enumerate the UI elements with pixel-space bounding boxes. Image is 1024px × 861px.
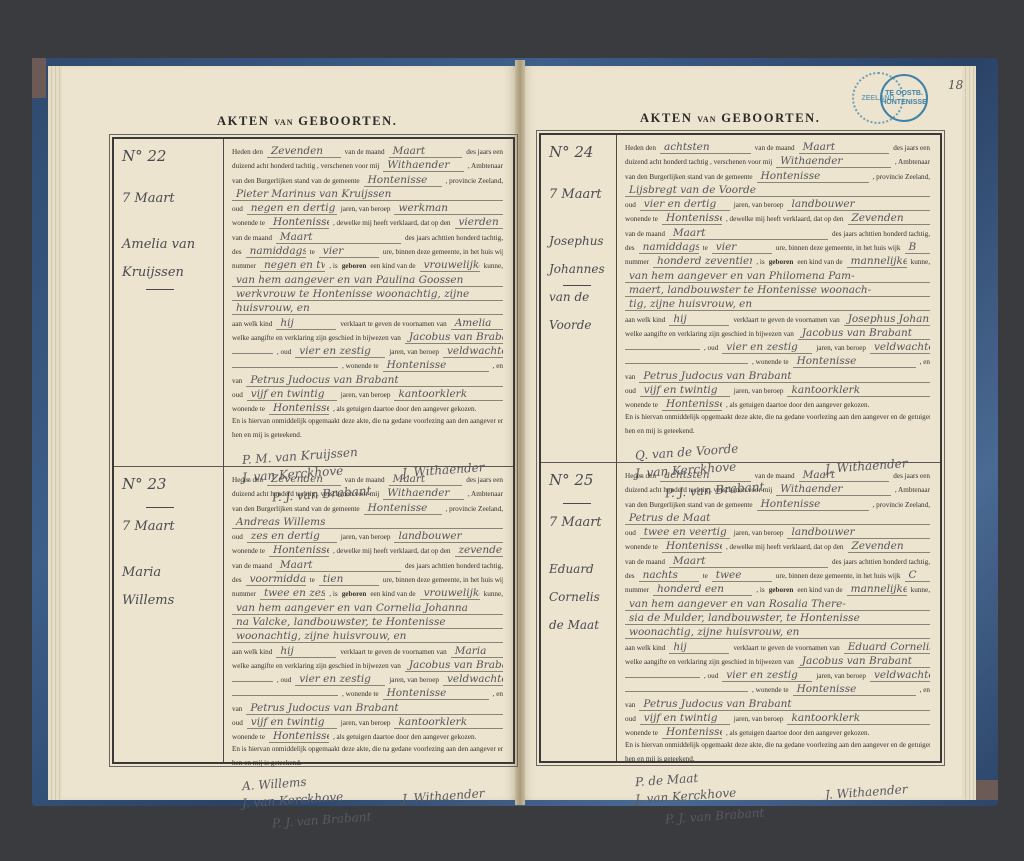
printed-label: duizend acht honderd tachtig , verschene…	[232, 490, 379, 498]
printed-label: geboren	[342, 262, 367, 270]
printed-label: aan welk kind	[232, 320, 272, 328]
handwritten-field: werkman	[394, 202, 503, 215]
handwritten-field: honderd een	[653, 583, 752, 596]
printed-label: des jaars een	[893, 472, 930, 480]
handwritten-field: hij	[669, 313, 729, 326]
signature: P. de Maat	[635, 771, 699, 789]
printed-label: des	[625, 572, 635, 580]
printed-label: van den Burgerlijken stand van de gemeen…	[625, 501, 753, 509]
form-line: aan welk kindhijverklaart te geven de vo…	[232, 645, 503, 659]
printed-label: van den Burgerlijken stand van de gemeen…	[232, 505, 360, 513]
printed-label: wonende te	[625, 543, 658, 551]
handwritten-field: twee en zestig	[260, 587, 325, 600]
printed-label: , wonende te	[342, 690, 379, 698]
form-line: van de maandMaartdes jaars achttien hond…	[625, 555, 930, 569]
handwritten-field: Withaender	[383, 487, 464, 500]
printed-label: oud	[625, 529, 636, 537]
handwritten-field: vier en dertig	[640, 198, 730, 211]
form-line: welke aangifte en verklaring zijn geschi…	[232, 331, 503, 345]
printed-label: nummer	[232, 590, 256, 598]
handwritten-field	[232, 367, 338, 368]
printed-label: , Ambtenaar	[895, 158, 930, 166]
printed-label: jaren, van beroep	[816, 344, 866, 352]
form-line: van de maandMaartdes jaars achttien hond…	[232, 559, 503, 573]
handwritten-field: veldwachter	[443, 673, 503, 686]
handwritten-field: Hontenisse	[662, 212, 722, 225]
signatures: P. de Maat J. van Kerckhove P. J. van Br…	[625, 773, 930, 853]
printed-label: van de maand	[625, 230, 665, 238]
printed-label: wonende te	[232, 733, 265, 741]
record-number: N° 22	[122, 147, 166, 165]
handwritten-field: Maart	[389, 473, 463, 486]
form-line: En is hiervan onmiddelijk opgemaakt deze…	[232, 745, 503, 759]
handwritten-field: twee	[712, 569, 772, 582]
printed-label: kunne,	[911, 586, 930, 594]
handwritten-field: kantoorklerk	[394, 716, 503, 729]
form-line: duizend acht honderd tachtig , verschene…	[232, 487, 503, 501]
form-line: , oudvier en zestigjaren, van beroepveld…	[625, 669, 930, 683]
printed-label: , is	[329, 590, 337, 598]
handwritten-field: kantoorklerk	[787, 384, 930, 397]
form-line: van den Burgerlijken stand van de gemeen…	[232, 174, 503, 188]
printed-label: wonende te	[232, 219, 265, 227]
record-child-name: Josephus Johannes van de Voorde	[549, 227, 615, 339]
handwritten-field	[625, 363, 748, 364]
printed-label: geboren	[769, 258, 794, 266]
printed-label: hen en mij is geteekend.	[232, 759, 302, 767]
printed-label: , oud	[277, 676, 291, 684]
form-line: , wonende teHontenisse, en	[232, 359, 503, 373]
printed-label: van de maand	[232, 562, 272, 570]
form-line: nummerhonderd zeventien, isgeboreneen ki…	[625, 255, 930, 269]
printed-label: van	[625, 701, 635, 709]
form-line: tig, zijne huisvrouw, en	[625, 298, 930, 312]
handwritten-field: Hontenisse	[269, 402, 329, 415]
printed-label: oud	[232, 205, 243, 213]
handwritten-field: twee en veertig	[640, 526, 730, 539]
handwritten-field: landbouwer	[394, 530, 503, 543]
handwritten-field: Maart	[799, 469, 890, 482]
handwritten-field: achtsten	[660, 141, 751, 154]
form-line: van den Burgerlijken stand van de gemeen…	[232, 502, 503, 516]
handwritten-field: Petrus Judocus van Brabant	[246, 702, 503, 715]
form-line: nummernegen en twintig, isgeboreneen kin…	[232, 259, 503, 273]
form-line: van hem aangever en van Cornelia Johanna	[232, 602, 503, 616]
handwritten-field: Withaender	[776, 155, 891, 168]
printed-label: ure, binnen deze gemeente, in het huis w…	[776, 572, 901, 580]
handwritten-field: C	[905, 569, 930, 582]
handwritten-field	[232, 681, 273, 682]
printed-label: , provincie Zeeland,	[446, 177, 503, 185]
printed-label: jaren, van beroep	[341, 391, 391, 399]
printed-label: jaren, van beroep	[816, 672, 866, 680]
record-margin: N° 24 7 Maart Josephus Johannes van de V…	[541, 135, 617, 462]
register-frame-left: N° 22 7 Maart Amelia van Kruijssen Heden…	[112, 137, 515, 764]
printed-label: , provincie Zeeland,	[873, 173, 930, 181]
printed-label: , provincie Zeeland,	[873, 501, 930, 509]
printed-label: wonende te	[625, 215, 658, 223]
record-number: N° 25	[549, 471, 593, 489]
record-date: 7 Maart	[549, 187, 602, 202]
printed-label: jaren, van beroep	[734, 529, 784, 537]
printed-label: , provincie Zeeland,	[446, 505, 503, 513]
printed-label: jaren, van beroep	[389, 348, 439, 356]
form-line: werkvrouw te Hontenisse woonachtig, zijn…	[232, 288, 503, 302]
signature: J. Withaender	[825, 782, 908, 802]
form-line: van hem aangever en van Rosalia There-	[625, 598, 930, 612]
form-line: desnachtstetweeure, binnen deze gemeente…	[625, 569, 930, 583]
handwritten-field: Hontenisse	[269, 544, 329, 557]
handwritten-field: vier en zestig	[295, 345, 385, 358]
handwritten-field: Jacobus van Brabant	[405, 331, 503, 344]
handwritten-field: vier	[712, 241, 772, 254]
handwritten-field: mannelijke	[847, 255, 907, 268]
form-line: wonende teHontenisse, dewelke mij heeft …	[232, 216, 503, 230]
handwritten-field: vijf en twintig	[640, 712, 730, 725]
birth-record: N° 22 7 Maart Amelia van Kruijssen Heden…	[114, 139, 513, 467]
record-body: Heden denZevendenvan de maandMaartdes ja…	[232, 473, 503, 758]
handwritten-field: tig, zijne huisvrouw, en	[625, 298, 930, 311]
form-line: van de maandMaartdes jaars achttien hond…	[625, 227, 930, 241]
printed-label: des jaars een	[466, 148, 503, 156]
handwritten-field	[625, 677, 700, 678]
handwritten-field: Withaender	[776, 483, 891, 496]
record-date: 7 Maart	[122, 191, 175, 206]
handwritten-field: vier en zestig	[295, 673, 385, 686]
handwritten-field: Zevenden	[267, 473, 341, 486]
handwritten-field: Maart	[276, 559, 401, 572]
form-line: vanPetrus Judocus van Brabant	[232, 374, 503, 388]
margin-rule	[563, 285, 591, 286]
handwritten-field: Maart	[276, 231, 401, 244]
handwritten-field: Hontenisse	[364, 174, 442, 187]
form-line: oudzes en dertigjaren, van beroeplandbou…	[232, 530, 503, 544]
printed-label: wonende te	[232, 547, 265, 555]
handwritten-field: Maart	[669, 227, 828, 240]
handwritten-field	[232, 353, 273, 354]
printed-label: jaren, van beroep	[341, 205, 391, 213]
signature: P. J. van Brabant	[665, 806, 765, 827]
form-line: wonende teHontenisse, dewelke mij heeft …	[625, 212, 930, 226]
form-line: van hem aangever en van Philomena Pam-	[625, 270, 930, 284]
book-gutter	[515, 60, 525, 805]
printed-label: , als getuigen daartoe door den aangever…	[333, 733, 477, 741]
printed-label: ure, binnen deze gemeente, in het huis w…	[776, 244, 901, 252]
printed-label: , en	[920, 358, 930, 366]
handwritten-field	[625, 691, 748, 692]
signature: J. van Kerckhove	[242, 790, 344, 811]
record-margin: N° 22 7 Maart Amelia van Kruijssen	[114, 139, 224, 466]
printed-label: welke aangifte en verklaring zijn geschi…	[232, 662, 401, 670]
printed-label: des	[625, 244, 635, 252]
printed-label: duizend acht honderd tachtig , verschene…	[625, 486, 772, 494]
handwritten-field: Hontenisse	[757, 170, 869, 183]
handwritten-field: Jacobus van Brabant	[798, 327, 930, 340]
form-line: En is hiervan onmiddelijk opgemaakt deze…	[625, 741, 930, 755]
handwritten-field: achtsten	[660, 469, 751, 482]
form-line: welke aangifte en verklaring zijn geschi…	[232, 659, 503, 673]
record-body: Heden denZevendenvan de maandMaartdes ja…	[232, 145, 503, 462]
handwritten-field: Hontenisse	[662, 726, 722, 739]
printed-label: oud	[625, 387, 636, 395]
handwritten-field: Jacobus van Brabant	[405, 659, 503, 672]
form-line: wonende teHontenisse, dewelke mij heeft …	[232, 544, 503, 558]
birth-record: N° 23 7 Maart Maria Willems Heden denZev…	[114, 467, 513, 762]
printed-label: kunne,	[484, 590, 503, 598]
form-line: nummerhonderd een, isgeboreneen kind van…	[625, 583, 930, 597]
printed-label: van	[232, 705, 242, 713]
printed-label: van de maand	[345, 148, 385, 156]
record-margin: N° 23 7 Maart Maria Willems	[114, 467, 224, 762]
printed-label: kunne,	[484, 262, 503, 270]
printed-label: een kind van de	[797, 258, 842, 266]
handwritten-field: Petrus Judocus van Brabant	[639, 698, 930, 711]
printed-label: te	[310, 576, 315, 584]
handwritten-field: Maart	[799, 141, 890, 154]
handwritten-field: Hontenisse	[383, 359, 489, 372]
form-line: vanPetrus Judocus van Brabant	[625, 698, 930, 712]
printed-label: oud	[232, 391, 243, 399]
printed-label: een kind van de	[370, 262, 415, 270]
printed-label: En is hiervan onmiddelijk opgemaakt deze…	[625, 413, 930, 421]
form-line: wonende teHontenisse, als getuigen daart…	[232, 402, 503, 416]
form-line: woonachtig, zijne huisvrouw, en	[232, 630, 503, 644]
handwritten-field: Maart	[389, 145, 463, 158]
form-line: Pieter Marinus van Kruijssen	[232, 188, 503, 202]
printed-label: aan welk kind	[625, 644, 665, 652]
handwritten-field: vierden	[455, 216, 504, 229]
printed-label: ure, binnen deze gemeente, in het huis w…	[383, 248, 503, 256]
printed-label: wonende te	[625, 401, 658, 409]
form-line: hen en mij is geteekend.	[232, 759, 503, 773]
printed-label: , dewelke mij heeft verklaard, dat op de…	[333, 547, 451, 555]
form-line: Heden denachtstenvan de maandMaartdes ja…	[625, 141, 930, 155]
form-line: van den Burgerlijken stand van de gemeen…	[625, 498, 930, 512]
form-line: van hem aangever en van Paulina Goossen	[232, 274, 503, 288]
handwritten-field: Andreas Willems	[232, 516, 503, 529]
handwritten-field: Petrus Judocus van Brabant	[639, 370, 930, 383]
printed-label: nummer	[232, 262, 256, 270]
handwritten-field: vrouwelijke	[420, 259, 480, 272]
form-line: wonende teHontenisse, dewelke mij heeft …	[625, 540, 930, 554]
handwritten-field: nachts	[639, 569, 699, 582]
form-line: oudvijf en twintigjaren, van beroepkanto…	[625, 384, 930, 398]
handwritten-field: Hontenisse	[269, 216, 329, 229]
printed-label: nummer	[625, 586, 649, 594]
printed-label: En is hiervan onmiddelijk opgemaakt deze…	[232, 417, 503, 425]
printed-label: jaren, van beroep	[341, 533, 391, 541]
printed-label: een kind van de	[370, 590, 415, 598]
printed-label: van	[232, 377, 242, 385]
printed-label: , en	[920, 686, 930, 694]
printed-label: jaren, van beroep	[734, 387, 784, 395]
form-line: vanPetrus Judocus van Brabant	[625, 370, 930, 384]
handwritten-field: B	[905, 241, 930, 254]
handwritten-field: sia de Mulder, landbouwster, te Hontenis…	[625, 612, 930, 625]
form-line: , wonende teHontenisse, en	[232, 687, 503, 701]
form-line: En is hiervan onmiddelijk opgemaakt deze…	[625, 413, 930, 427]
printed-label: , is	[756, 586, 764, 594]
handwritten-field: Hontenisse	[662, 398, 722, 411]
printed-label: verklaart te geven de voornamen van	[340, 320, 446, 328]
postal-stamp-inner: TE OOSTB. HONTENISSE	[880, 74, 928, 122]
printed-label: Heden den	[232, 476, 263, 484]
handwritten-field: Eduard Cornelis	[844, 641, 930, 654]
printed-label: hen en mij is geteekend.	[232, 431, 302, 439]
printed-label: verklaart te geven de voornamen van	[733, 316, 839, 324]
handwritten-field: Lijsbregt van de Voorde	[625, 184, 930, 197]
cover-corner	[32, 58, 46, 98]
page-edges-left	[48, 66, 62, 800]
handwritten-field: zevenden	[455, 544, 504, 557]
handwritten-field: Maria	[451, 645, 503, 658]
printed-label: Heden den	[625, 144, 656, 152]
printed-label: des	[232, 576, 242, 584]
page-edges-right	[962, 66, 976, 800]
form-line: wonende teHontenisse, als getuigen daart…	[625, 398, 930, 412]
form-line: wonende teHontenisse, als getuigen daart…	[232, 730, 503, 744]
printed-label: ure, binnen deze gemeente, in het huis w…	[383, 576, 503, 584]
record-body: Heden denachtstenvan de maandMaartdes ja…	[625, 469, 930, 757]
record-date: 7 Maart	[549, 515, 602, 530]
handwritten-field: kantoorklerk	[394, 388, 503, 401]
handwritten-field: Zevenden	[267, 145, 341, 158]
printed-label: , en	[493, 362, 503, 370]
handwritten-field: vijf en twintig	[640, 384, 730, 397]
record-child-name: Eduard Cornelis de Maat	[549, 555, 615, 639]
record-child-name: Maria Willems	[122, 559, 217, 615]
record-number: N° 23	[122, 475, 166, 493]
form-line: Heden denZevendenvan de maandMaartdes ja…	[232, 473, 503, 487]
form-line: desnamiddagstevierure, binnen deze gemee…	[625, 241, 930, 255]
form-line: duizend acht honderd tachtig , verschene…	[232, 159, 503, 173]
signature: P. J. van Brabant	[272, 810, 372, 831]
margin-rule	[146, 507, 174, 508]
handwritten-field: Hontenisse	[793, 683, 916, 696]
handwritten-field: vijf en twintig	[247, 716, 337, 729]
printed-label: te	[703, 244, 708, 252]
printed-label: van de maand	[625, 558, 665, 566]
handwritten-field: negen en dertig	[247, 202, 337, 215]
birth-record: N° 24 7 Maart Josephus Johannes van de V…	[541, 135, 940, 463]
printed-label: een kind van de	[797, 586, 842, 594]
printed-label: , wonende te	[752, 358, 789, 366]
printed-label: , dewelke mij heeft verklaard, dat op de…	[726, 543, 844, 551]
handwritten-field: vrouwelijke	[420, 587, 480, 600]
record-body: Heden denachtstenvan de maandMaartdes ja…	[625, 141, 930, 458]
form-line: van de maandMaartdes jaars achttien hond…	[232, 231, 503, 245]
form-line: welke aangifte en verklaring zijn geschi…	[625, 655, 930, 669]
form-line: vanPetrus Judocus van Brabant	[232, 702, 503, 716]
form-line: aan welk kindhijverklaart te geven de vo…	[625, 313, 930, 327]
handwritten-field: vier en zestig	[722, 669, 812, 682]
form-line: duizend acht honderd tachtig , verschene…	[625, 483, 930, 497]
signature: J. van Kerckhove	[635, 786, 737, 807]
form-line: nummertwee en zestig, isgeboreneen kind …	[232, 587, 503, 601]
printed-label: van	[625, 373, 635, 381]
printed-label: des jaars een	[466, 476, 503, 484]
printed-label: welke aangifte en verklaring zijn geschi…	[232, 334, 401, 342]
form-line: oudvijf en twintigjaren, van beroepkanto…	[625, 712, 930, 726]
form-line: aan welk kindhijverklaart te geven de vo…	[232, 317, 503, 331]
printed-label: hen en mij is geteekend.	[625, 427, 695, 435]
handwritten-field: vier	[319, 245, 379, 258]
printed-label: , dewelke mij heeft verklaard, dat op de…	[333, 219, 451, 227]
printed-label: van de maand	[755, 144, 795, 152]
handwritten-field: veldwachter	[443, 345, 503, 358]
handwritten-field: vier en zestig	[722, 341, 812, 354]
handwritten-field: woonachtig, zijne huisvrouw, en	[232, 630, 503, 643]
printed-label: , als getuigen daartoe door den aangever…	[726, 729, 870, 737]
form-line: Heden denZevendenvan de maandMaartdes ja…	[232, 145, 503, 159]
printed-label: van de maand	[232, 234, 272, 242]
printed-label: duizend acht honderd tachtig , verschene…	[625, 158, 772, 166]
printed-label: , dewelke mij heeft verklaard, dat op de…	[726, 215, 844, 223]
printed-label: des	[232, 248, 242, 256]
form-line: , oudvier en zestigjaren, van beroepveld…	[232, 673, 503, 687]
form-line: maert, landbouwster te Hontenisse woonac…	[625, 284, 930, 298]
handwritten-field: Jacobus van Brabant	[798, 655, 930, 668]
handwritten-field: namiddags	[246, 245, 306, 258]
form-line: En is hiervan onmiddelijk opgemaakt deze…	[232, 417, 503, 431]
form-line: sia de Mulder, landbouwster, te Hontenis…	[625, 612, 930, 626]
printed-label: hen en mij is geteekend.	[625, 755, 695, 763]
form-line: oudnegen en dertigjaren, van beroepwerkm…	[232, 202, 503, 216]
handwritten-field: honderd zeventien	[653, 255, 752, 268]
birth-record: N° 25 7 Maart Eduard Cornelis de Maat He…	[541, 463, 940, 761]
handwritten-field: mannelijke	[847, 583, 907, 596]
printed-label: En is hiervan onmiddelijk opgemaakt deze…	[625, 741, 930, 749]
form-line: welke aangifte en verklaring zijn geschi…	[625, 327, 930, 341]
handwritten-field: Hontenisse	[757, 498, 869, 511]
printed-label: van den Burgerlijken stand van de gemeen…	[232, 177, 360, 185]
handwritten-field: Amelia	[451, 317, 503, 330]
form-line: , wonende teHontenisse, en	[625, 355, 930, 369]
printed-label: van de maand	[755, 472, 795, 480]
printed-label: geboren	[342, 590, 367, 598]
handwritten-field: landbouwer	[787, 198, 930, 211]
printed-label: , is	[329, 262, 337, 270]
printed-label: te	[703, 572, 708, 580]
handwritten-field: huisvrouw, en	[232, 302, 503, 315]
record-margin: N° 25 7 Maart Eduard Cornelis de Maat	[541, 463, 617, 761]
form-line: , wonende teHontenisse, en	[625, 683, 930, 697]
printed-label: , oud	[704, 672, 718, 680]
form-line: duizend acht honderd tachtig , verschene…	[625, 155, 930, 169]
handwritten-field: Withaender	[383, 159, 464, 172]
handwritten-field: hij	[669, 641, 729, 654]
printed-label: des jaars een	[893, 144, 930, 152]
handwritten-field: hij	[276, 645, 336, 658]
printed-label: des jaars achttien honderd tachtig,	[832, 558, 930, 566]
record-date: 7 Maart	[122, 519, 175, 534]
margin-rule	[146, 289, 174, 290]
handwritten-field: Hontenisse	[269, 730, 329, 743]
form-line: Petrus de Maat	[625, 512, 930, 526]
printed-label: oud	[625, 715, 636, 723]
printed-label: , en	[493, 690, 503, 698]
form-line: oudvijf en twintigjaren, van beroepkanto…	[232, 388, 503, 402]
form-line: Lijsbregt van de Voorde	[625, 184, 930, 198]
signature: J. Withaender	[402, 786, 485, 806]
form-line: oudvijf en twintigjaren, van beroepkanto…	[232, 716, 503, 730]
form-line: oudvier en dertigjaren, van beroeplandbo…	[625, 198, 930, 212]
form-line: woonachtig, zijne huisvrouw, en	[625, 626, 930, 640]
printed-label: , oud	[704, 344, 718, 352]
printed-label: , als getuigen daartoe door den aangever…	[333, 405, 477, 413]
form-line: , oudvier en zestigjaren, van beroepveld…	[232, 345, 503, 359]
printed-label: oud	[232, 719, 243, 727]
